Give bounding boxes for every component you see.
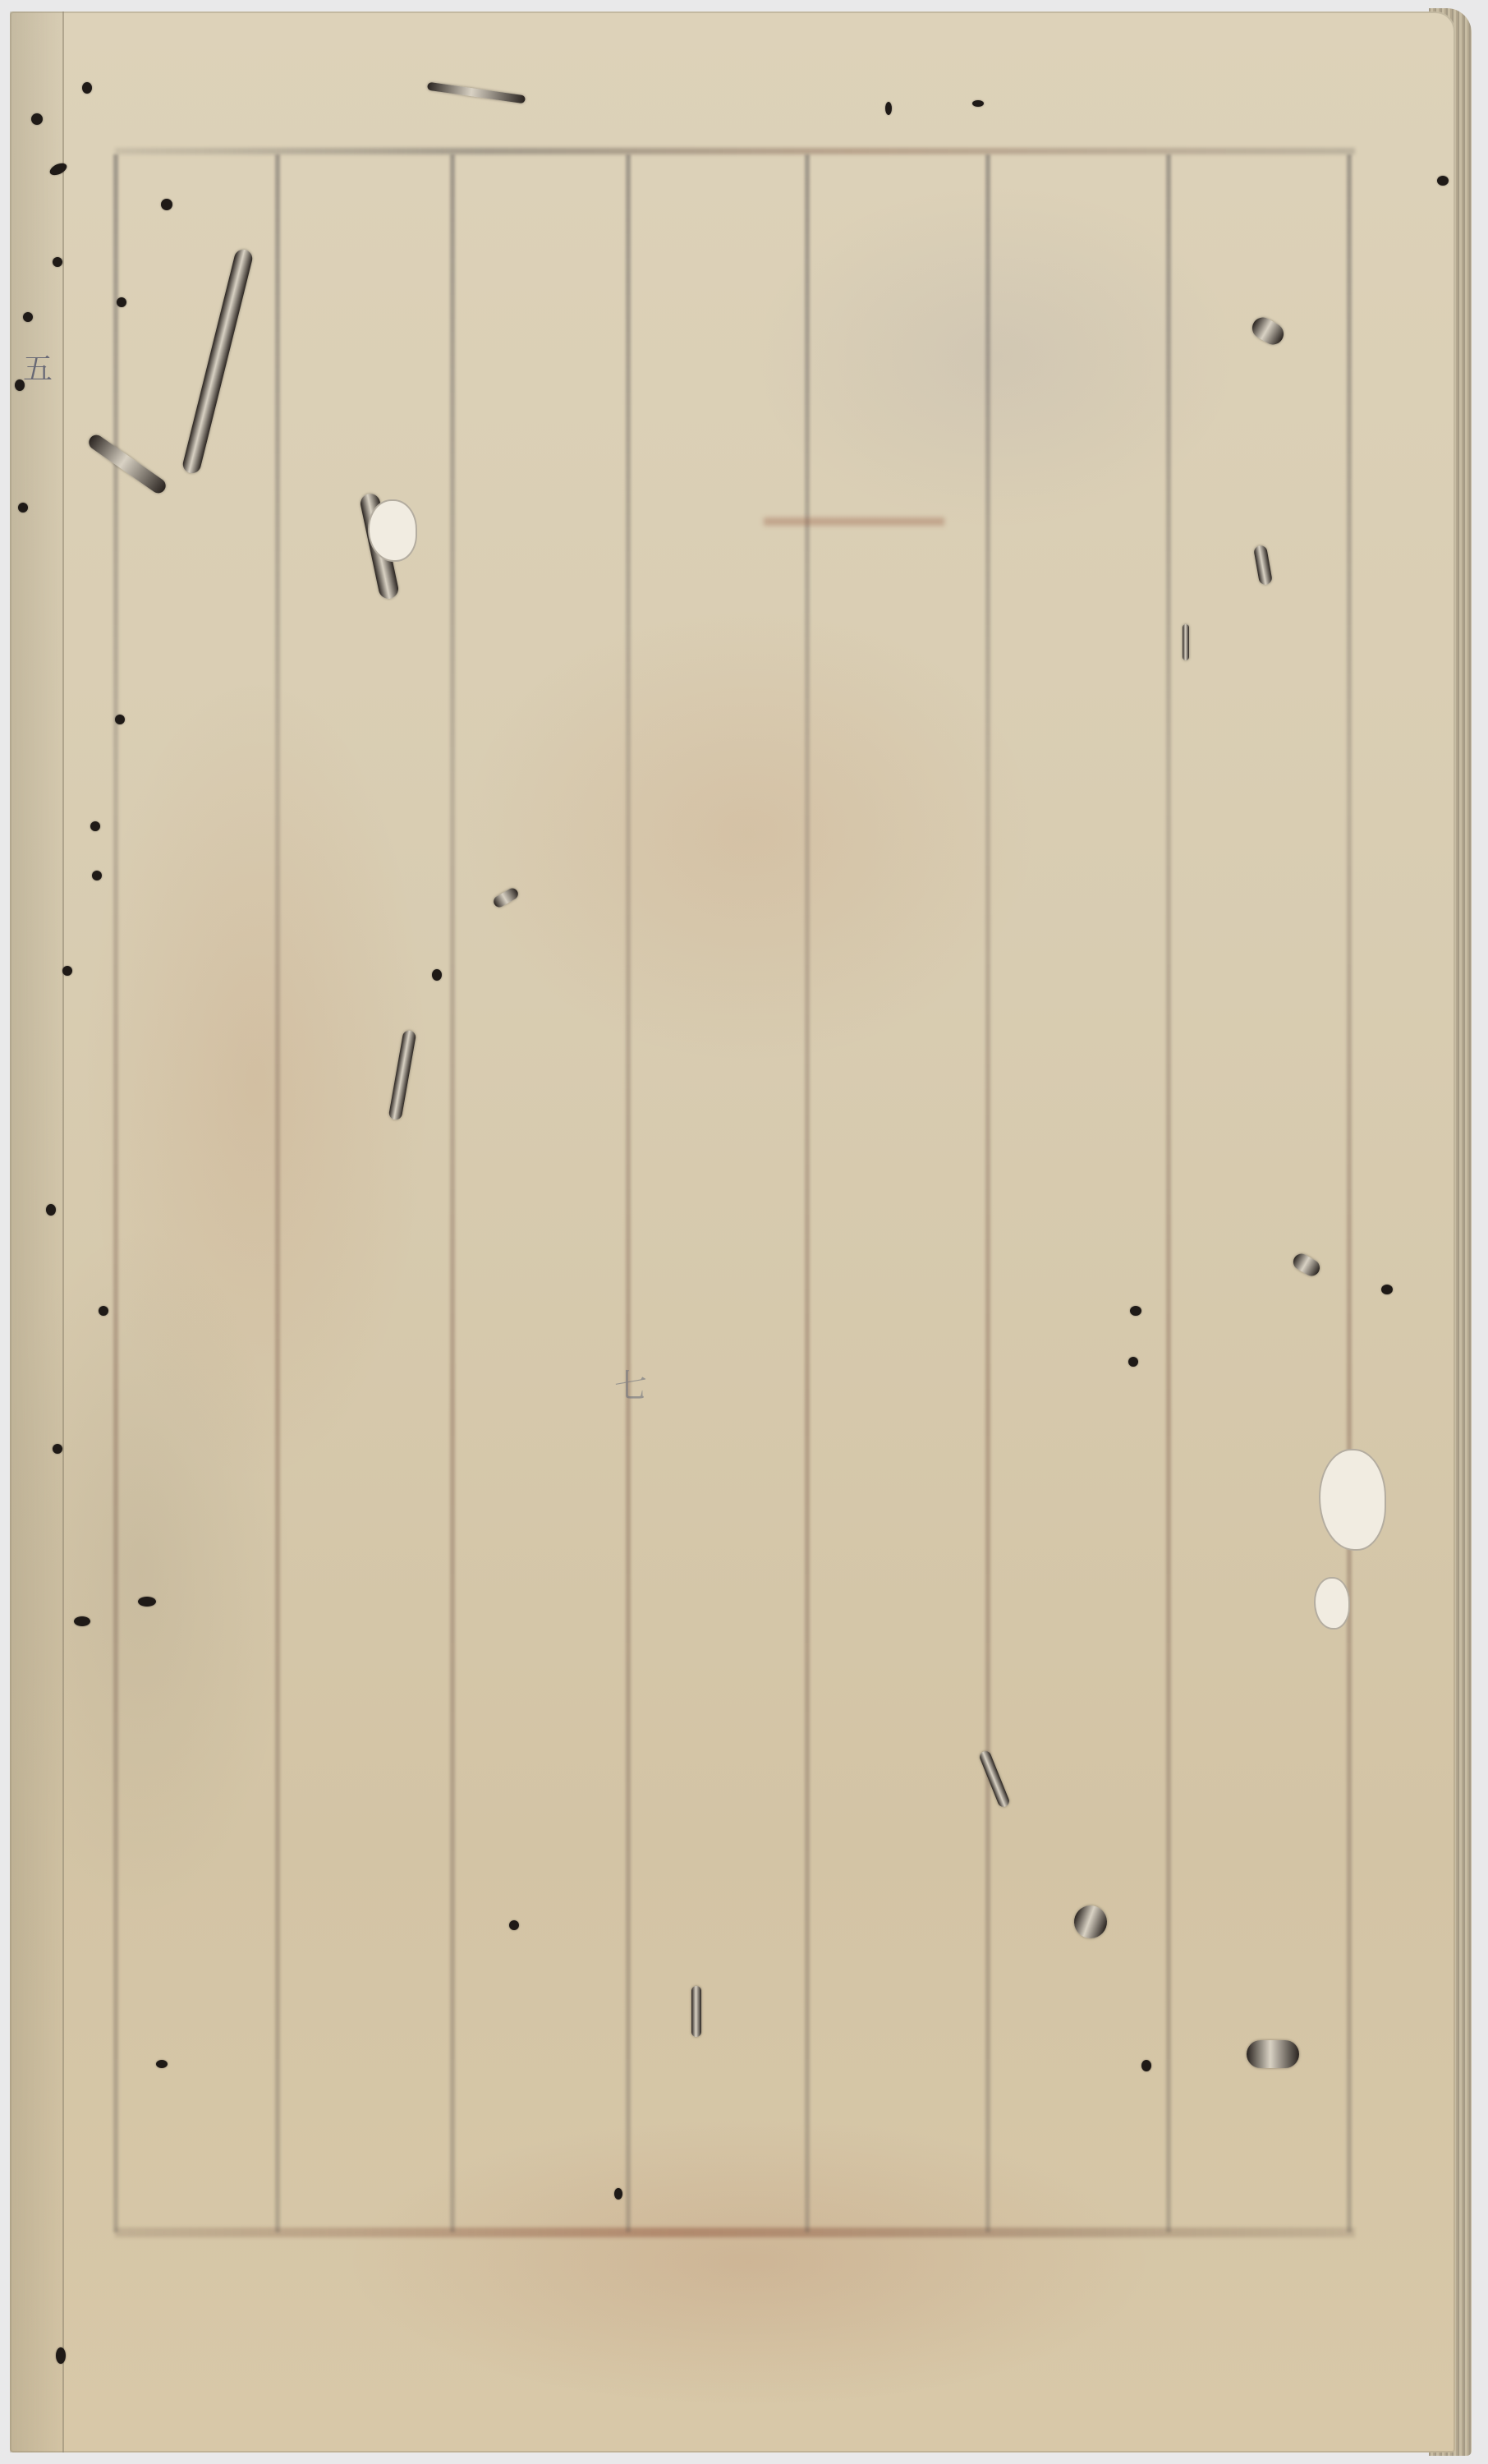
wormhole [74,1616,90,1626]
wormhole [82,82,92,94]
wormhole [18,503,28,513]
wormhole [15,379,25,391]
wormhole [53,257,62,267]
wormhole-tunnel [1183,624,1189,660]
wormhole [156,2060,168,2068]
wormhole [138,1597,156,1607]
stain-mark [764,517,944,526]
paper-flake [1319,1449,1386,1551]
wormhole [1128,1357,1138,1367]
wormhole-tunnel [691,1986,701,2037]
manuscript-page [10,11,1455,2453]
show-through-glyph: 七 [614,1370,647,1403]
wormhole-tunnel [1247,2040,1299,2068]
wormhole [23,312,33,322]
wormhole [1141,2060,1151,2071]
wormhole [1437,176,1449,186]
column-rule [985,154,990,2232]
wormhole [432,969,442,981]
column-rule [1166,154,1171,2232]
column-rule [1347,154,1352,2232]
wormhole [1130,1306,1141,1316]
wormhole [92,871,102,880]
paper-flake [1314,1577,1350,1630]
paper-flake [368,499,417,562]
column-rule [805,154,810,2232]
wormhole [90,821,100,831]
column-rule [450,154,455,2232]
wormhole [161,199,172,210]
wormhole [117,297,126,307]
wormhole [56,2347,66,2364]
frame-top-rule [115,148,1355,154]
wormhole [885,102,892,115]
wormhole [509,1920,519,1930]
column-rule [275,154,280,2232]
wormhole [99,1306,108,1316]
wormhole [53,1444,62,1454]
wormhole [1381,1285,1393,1294]
wormhole [614,2188,622,2200]
wormhole [115,715,125,724]
margin-mark: 五 [23,355,53,384]
wormhole [31,113,43,125]
wormhole [46,1204,56,1216]
column-rule [626,154,631,2232]
wormhole [62,966,72,976]
wormhole [972,100,984,107]
